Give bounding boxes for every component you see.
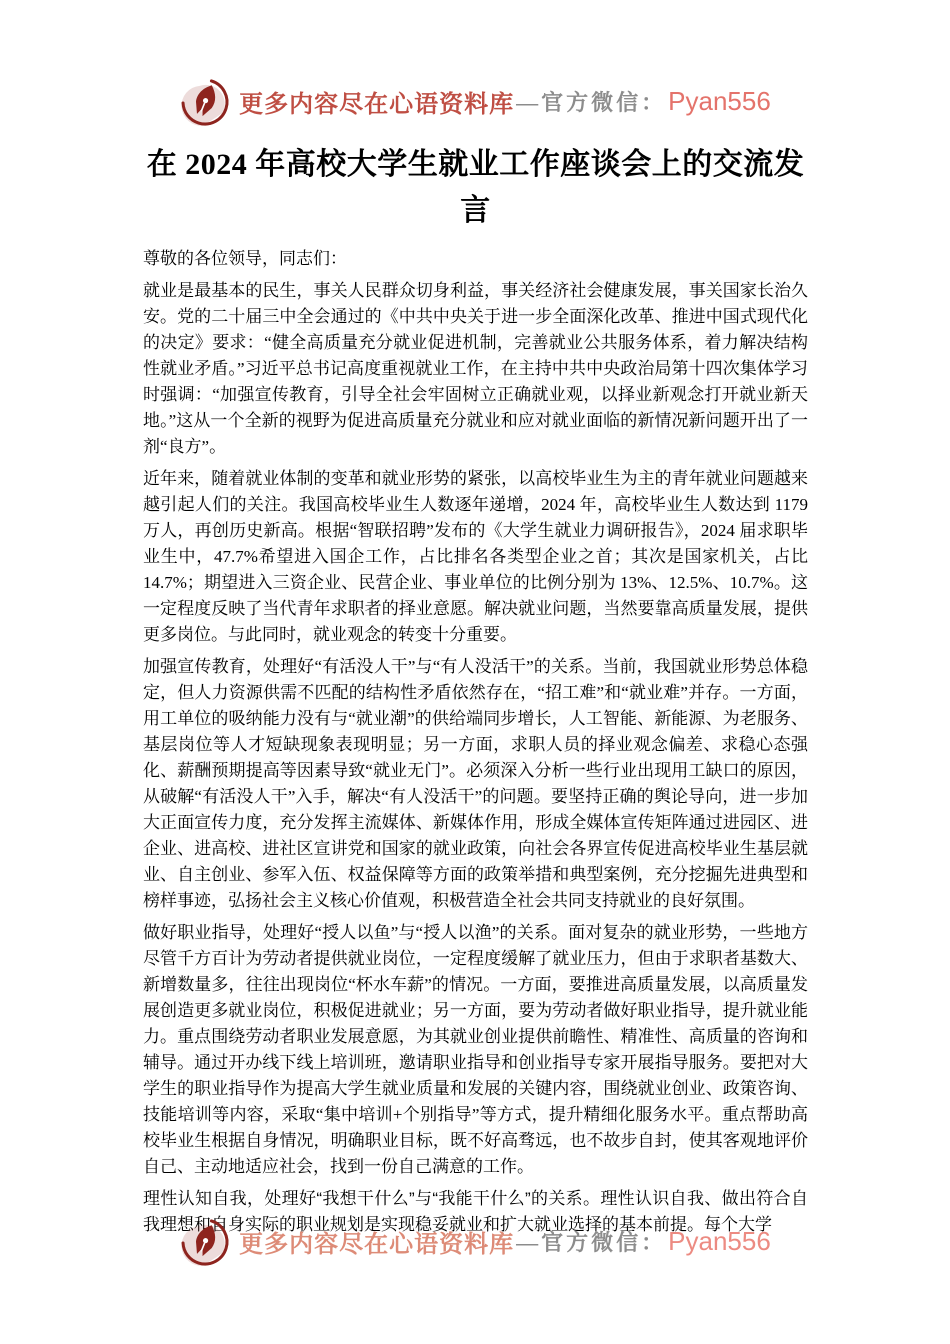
paragraph-publicity: 加强宣传教育，处理好“有活没人干”与“有人没活干”的关系。当前，我国就业形势总体… [143, 654, 808, 914]
watermark-brand-text: 更多内容尽在心语资料库 [239, 1224, 514, 1259]
footer-watermark: 更多内容尽在心语资料库 —官方微信： Pyan556 [0, 1214, 950, 1268]
watermark-wechat-id: Pyan556 [668, 86, 771, 117]
paragraph-situation: 近年来，随着就业体制的变革和就业形势的紧张，以高校毕业生为主的青年就业问题越来越… [143, 466, 808, 648]
watermark-brand-text: 更多内容尽在心语资料库 [239, 84, 514, 119]
pen-nib-seal-icon [179, 74, 231, 128]
pen-nib-seal-icon [179, 1214, 231, 1268]
paragraph-career-guidance: 做好职业指导，处理好“授人以鱼”与“授人以渔”的关系。面对复杂的就业形势，一些地… [143, 920, 808, 1180]
watermark-separator-text: —官方微信： [516, 1226, 666, 1257]
header-watermark: 更多内容尽在心语资料库 —官方微信： Pyan556 [0, 74, 950, 128]
page-title: 在 2024 年高校大学生就业工作座谈会上的交流发言 [143, 142, 808, 234]
document-body: 尊敬的各位领导，同志们： 就业是最基本的民生，事关人民群众切身利益，事关经济社会… [143, 246, 808, 1238]
document-page: 更多内容尽在心语资料库 —官方微信： Pyan556 在 2024 年高校大学生… [0, 0, 950, 1344]
paragraph-intro: 就业是最基本的民生，事关人民群众切身利益，事关经济社会健康发展，事关国家长治久安… [143, 278, 808, 460]
watermark-wechat-id: Pyan556 [668, 1226, 771, 1257]
watermark-separator-text: —官方微信： [516, 86, 666, 117]
paragraph-salutation: 尊敬的各位领导，同志们： [143, 246, 808, 272]
